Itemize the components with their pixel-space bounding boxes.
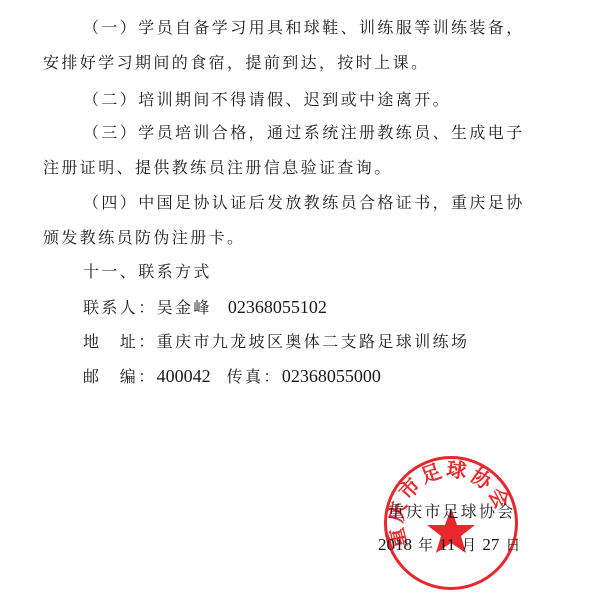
contact-person-name: 吴金峰 — [157, 298, 212, 317]
signature-date: 2018年11月27日 — [378, 534, 526, 555]
postcode-value: 400042 — [157, 366, 211, 386]
date-year-unit: 年 — [418, 536, 433, 554]
fax-label: 传真： — [227, 367, 282, 386]
postcode-label: 邮 编： — [83, 367, 157, 386]
paragraph-1-line-1: （一）学员自备学习用具和球鞋、训练服等训练装备， — [83, 18, 525, 38]
seal-star-icon: 重庆市足球协会 — [384, 456, 518, 590]
postcode-fax-row: 邮 编：400042传真：02368055000 — [83, 366, 381, 387]
address-row: 地 址：重庆市九龙坡区奥体二支路足球训练场 — [83, 332, 469, 352]
paragraph-4-line-2: 颁发教练员防伪注册卡。 — [43, 228, 245, 248]
paragraph-1-line-2: 安排好学习期间的食宿，提前到达，按时上课。 — [43, 53, 429, 73]
date-month: 11 — [439, 535, 455, 554]
official-seal: 重庆市足球协会 — [384, 456, 518, 590]
paragraph-4-line-1: （四）中国足协认证后发放教练员合格证书，重庆足协 — [83, 193, 525, 213]
contact-person-label: 联系人： — [83, 298, 157, 317]
date-year: 2018 — [378, 535, 412, 554]
fax-value: 02368055000 — [282, 366, 381, 386]
section-heading: 十一、联系方式 — [83, 262, 212, 282]
date-month-unit: 月 — [461, 536, 476, 554]
signature-organization: 重庆市足球协会 — [388, 499, 515, 522]
address-label: 地 址： — [83, 332, 157, 351]
paragraph-2: （二）培训期间不得请假、迟到或中途离开。 — [83, 90, 451, 110]
address-value: 重庆市九龙坡区奥体二支路足球训练场 — [157, 332, 470, 351]
paragraph-3-line-1: （三）学员培训合格，通过系统注册教练员、生成电子 — [83, 123, 525, 143]
paragraph-3-line-2: 注册证明、提供教练员注册信息验证查询。 — [43, 158, 393, 178]
contact-person-row: 联系人：吴金峰02368055102 — [83, 297, 327, 318]
date-day-unit: 日 — [505, 536, 520, 554]
contact-person-phone: 02368055102 — [228, 297, 327, 317]
date-day: 27 — [482, 535, 499, 554]
